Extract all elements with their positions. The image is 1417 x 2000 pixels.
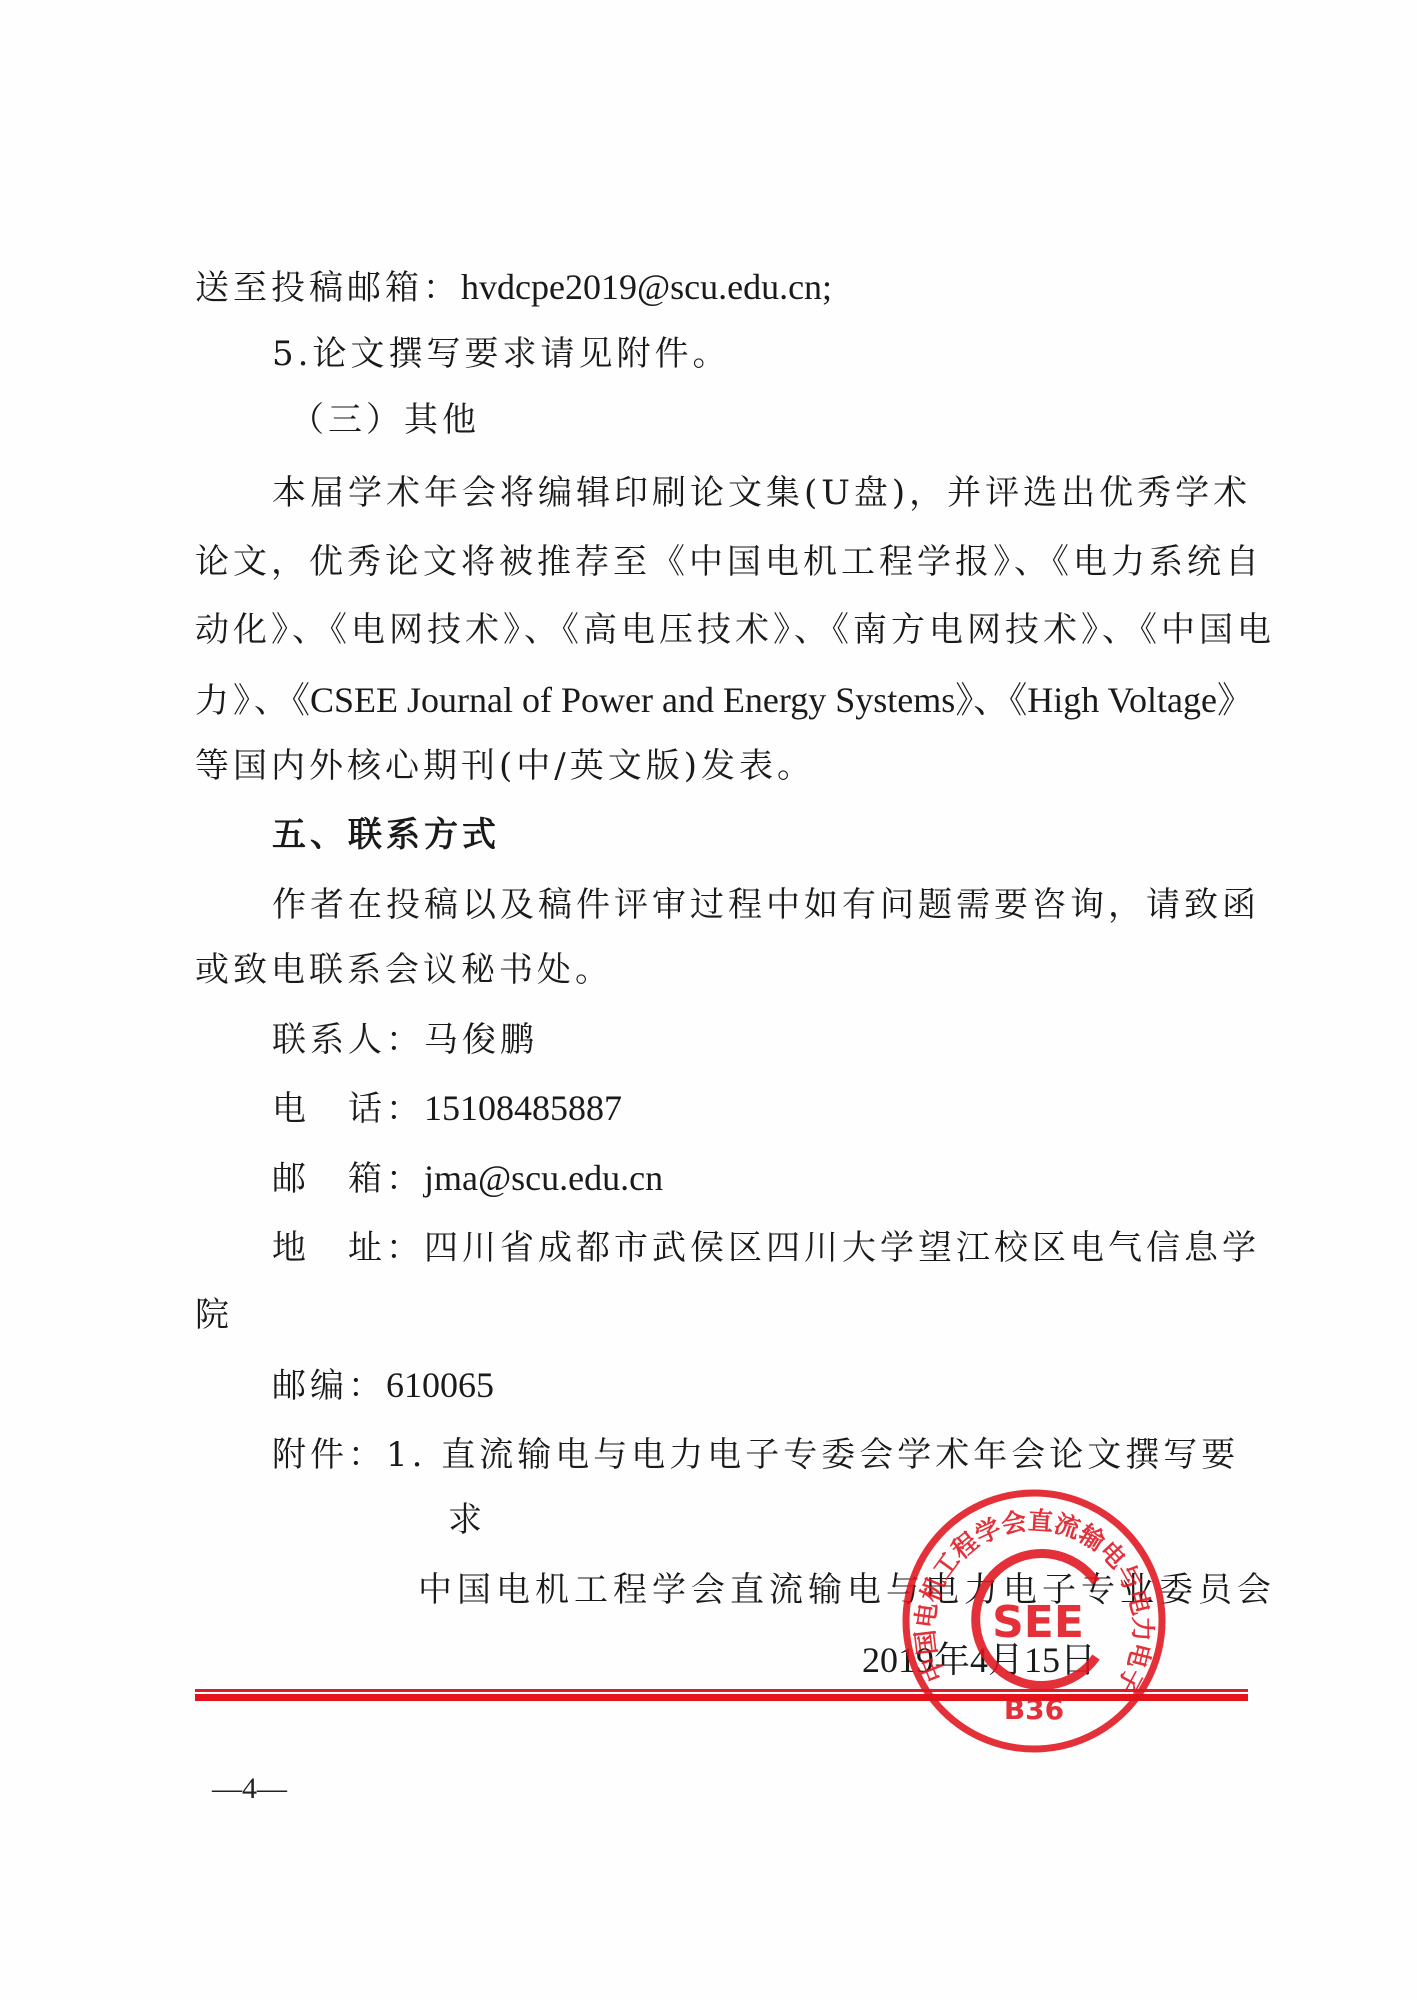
paragraph-line: 作者在投稿以及稿件评审过程中如有问题需要咨询，请致函 (272, 885, 1260, 925)
document-page: 送至投稿邮箱：hvdcpe2019@scu.edu.cn; 5.论文撰写要求请见… (0, 0, 1417, 2000)
attachment-item-1-continuation: 求 (448, 1500, 486, 1540)
contact-phone-label: 电 话： (272, 1089, 424, 1129)
submission-email-label: 送至投稿邮箱： (195, 268, 461, 308)
contact-person-row: 联系人：马俊鹏 (272, 1020, 538, 1060)
paragraph-line: 动化》、《电网技术》、《高电压技术》、《南方电网技术》、《中国电 (195, 610, 1275, 650)
contact-email-row: 邮 箱：jma@scu.edu.cn (272, 1158, 663, 1199)
contact-address-row: 地 址：四川省成都市武侯区四川大学望江校区电气信息学 (272, 1228, 1260, 1268)
contact-email-value: jma@scu.edu.cn (424, 1158, 663, 1198)
contact-postcode-label: 邮编： (272, 1366, 386, 1406)
contact-address-label: 地 址： (272, 1228, 424, 1268)
subsection-other-heading: （三）其他 (290, 400, 480, 440)
svg-text:B36: B36 (1004, 1693, 1064, 1726)
svg-text:中国电机工程学会直流输电与电力电子专业委员会: 中国电机工程学会直流输电与电力电子专业委员会 (900, 1487, 1157, 1699)
paper-requirement-note: 5.论文撰写要求请见附件。 (272, 334, 730, 374)
paragraph-line: 或致电联系会议秘书处。 (195, 950, 613, 990)
paragraph-text: 力》、 (195, 681, 292, 721)
contact-postcode-row: 邮编：610065 (272, 1365, 494, 1406)
contact-person-label: 联系人： (272, 1020, 424, 1060)
official-seal-icon: 中国电机工程学会直流输电与电力电子专业委员会 SEE B36 (900, 1487, 1168, 1755)
page-number: —4— (212, 1772, 287, 1806)
contact-phone-value: 15108485887 (424, 1088, 622, 1128)
svg-text:SEE: SEE (992, 1597, 1084, 1648)
contact-person-value: 马俊鹏 (424, 1020, 538, 1060)
paragraph-line: 论文，优秀论文将被推荐至《中国电机工程学报》、《电力系统自 (195, 542, 1263, 582)
attachment-row: 附件：1. 直流输电与电力电子专委会学术年会论文撰写要 (272, 1435, 1239, 1475)
contact-phone-row: 电 话：15108485887 (272, 1088, 622, 1129)
paragraph-line: 本届学术年会将编辑印刷论文集(U盘)，并评选出优秀学术 (272, 473, 1251, 513)
attachment-label: 附件： (272, 1435, 386, 1475)
contact-address-continuation: 院 (195, 1295, 233, 1335)
contact-address-value: 四川省成都市武侯区四川大学望江校区电气信息学 (424, 1228, 1260, 1268)
paragraph-line: 力》、《CSEE Journal of Power and Energy Sys… (195, 680, 1253, 721)
contact-postcode-value: 610065 (386, 1365, 494, 1405)
journal-names-english: 《CSEE Journal of Power and Energy System… (292, 680, 1253, 720)
attachment-item-1: 1. 直流输电与电力电子专委会学术年会论文撰写要 (386, 1435, 1239, 1475)
submission-email: hvdcpe2019@scu.edu.cn; (461, 267, 832, 307)
contact-email-label: 邮 箱： (272, 1159, 424, 1199)
paragraph-line: 等国内外核心期刊(中/英文版)发表。 (195, 746, 815, 786)
submission-email-line: 送至投稿邮箱：hvdcpe2019@scu.edu.cn; (195, 267, 832, 308)
section-heading-contact: 五、联系方式 (272, 815, 500, 855)
